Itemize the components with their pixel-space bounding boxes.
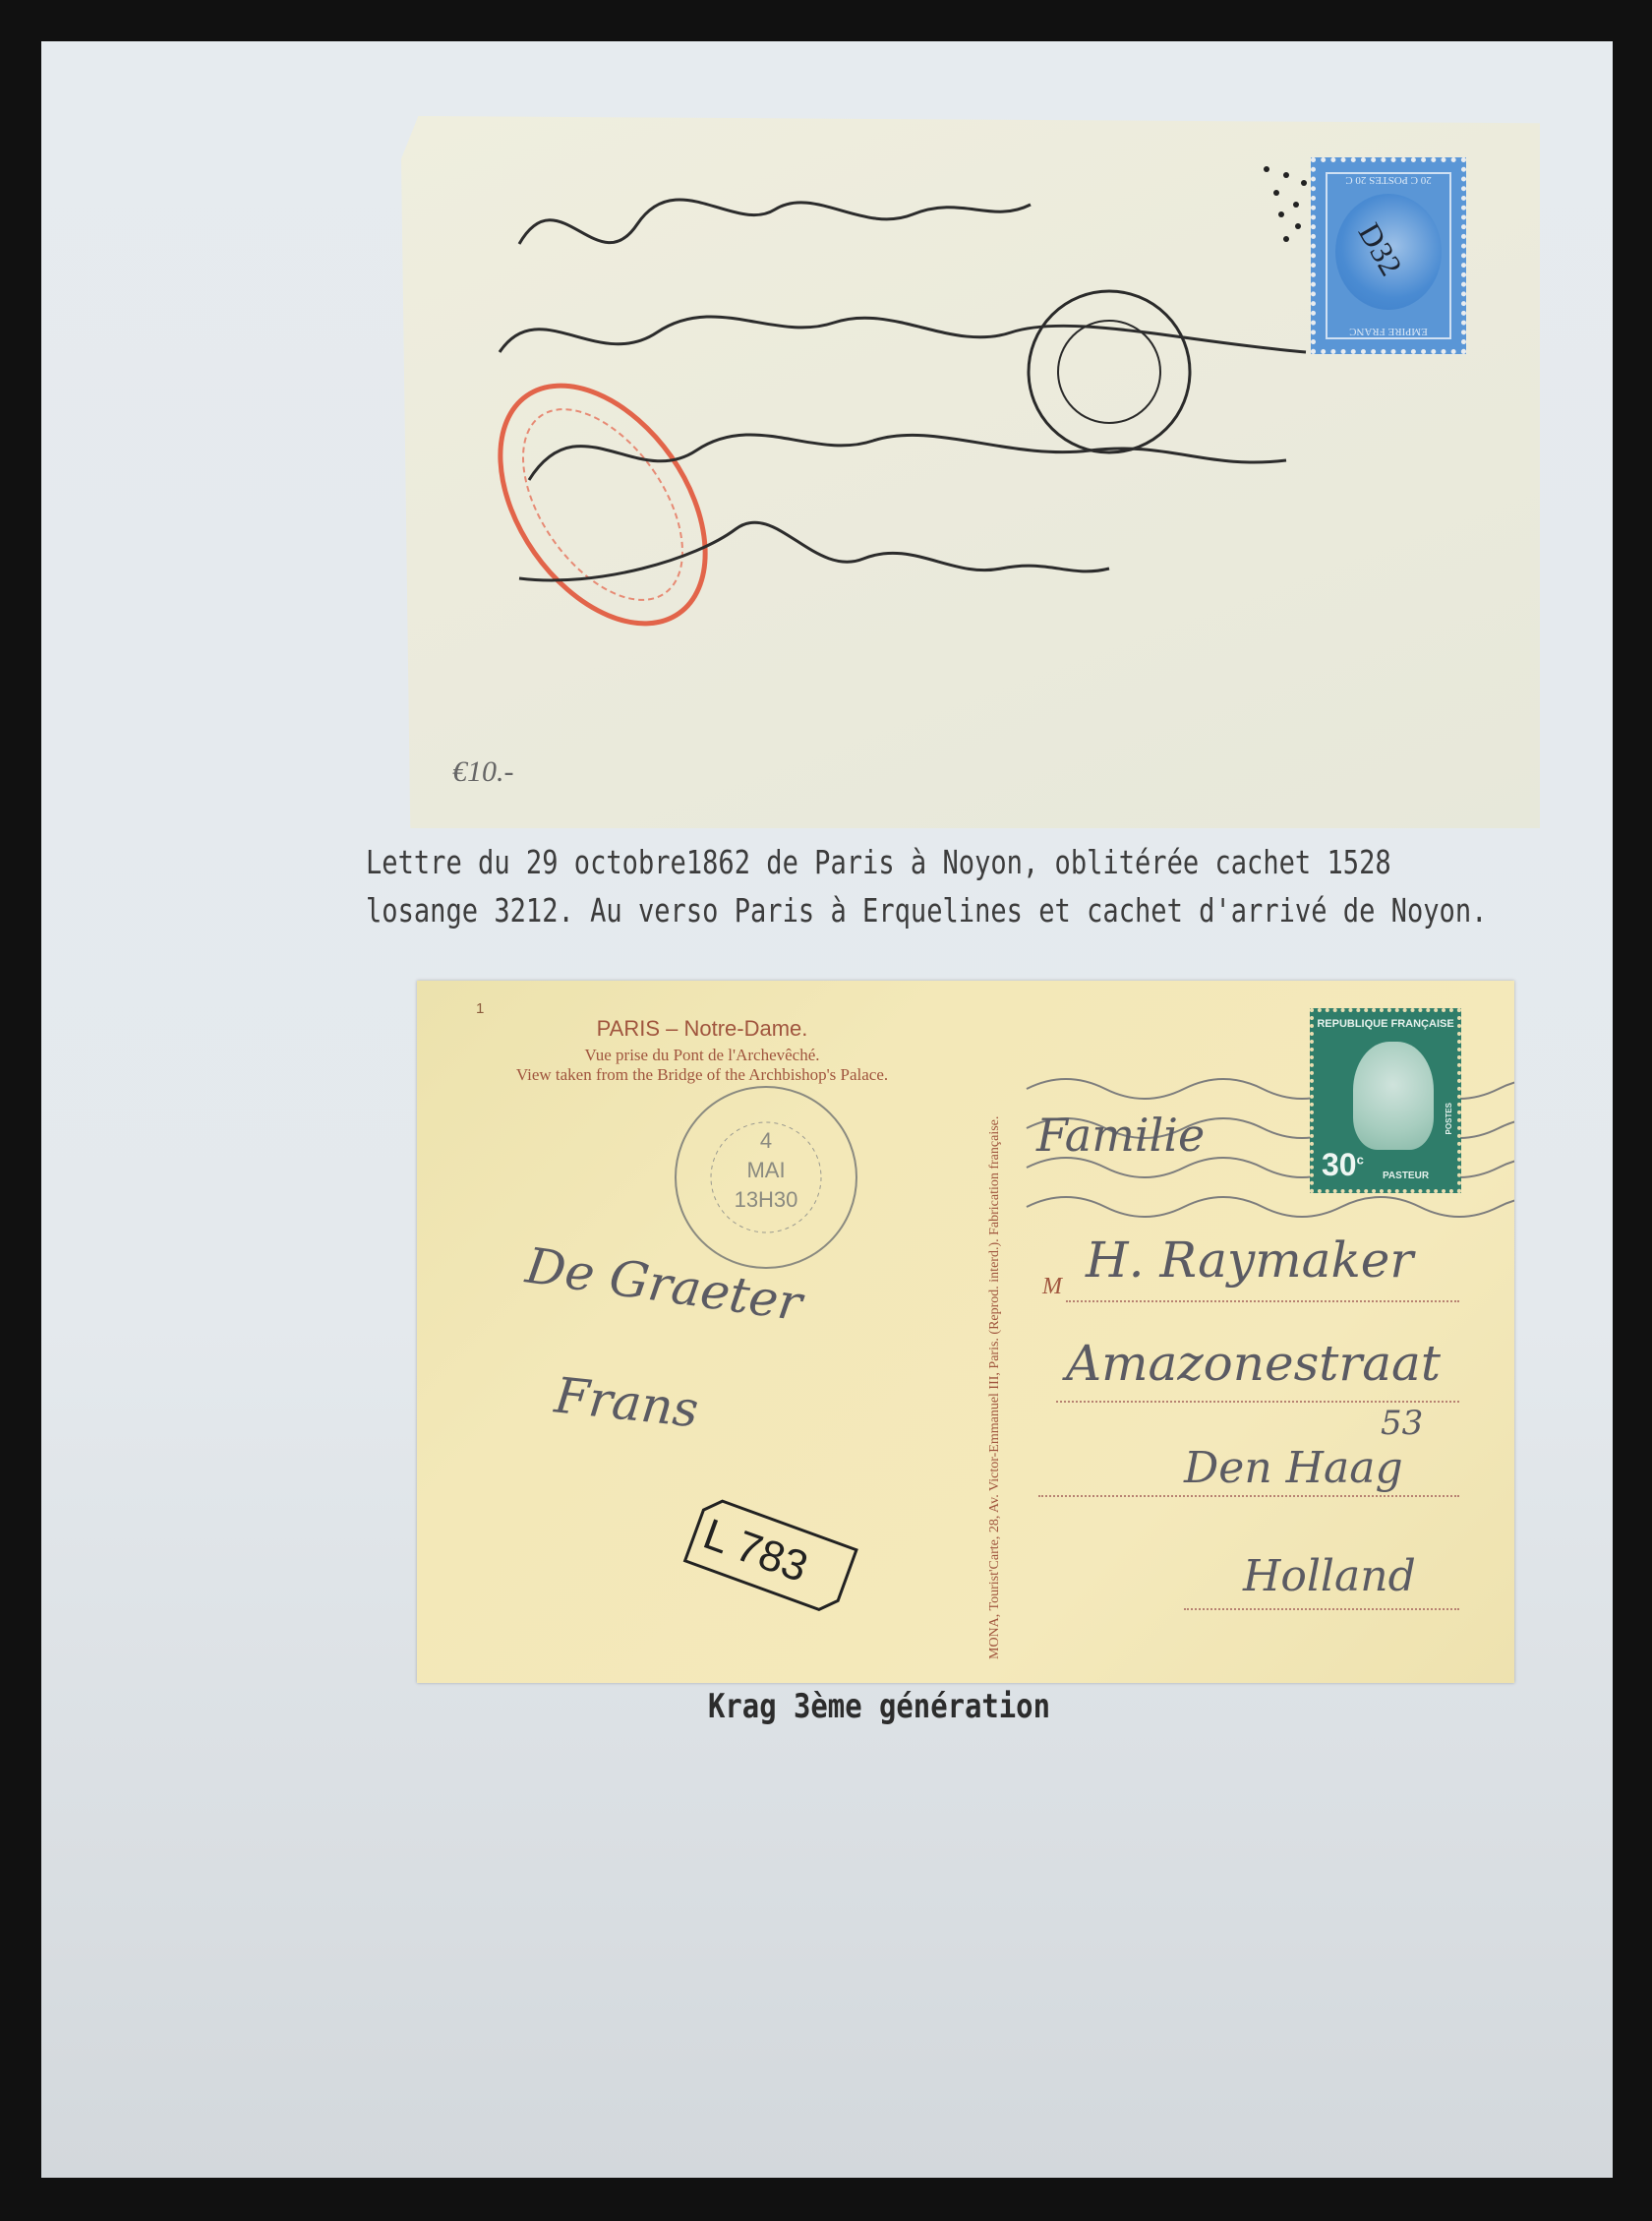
pasteur-portrait-icon (1353, 1042, 1434, 1150)
stamp-inscription-top: 20 C POSTES 20 C (1316, 174, 1461, 186)
address-prefix: M (1042, 1274, 1062, 1300)
address-line-4 (1184, 1608, 1459, 1610)
price-note: €10.- (452, 755, 514, 789)
handwritten-familie: Familie (1036, 1109, 1205, 1162)
svg-text:MAI: MAI (746, 1158, 785, 1182)
empire-20c-stamp: 20 C POSTES 20 C EMPIRE FRANC D32 (1311, 157, 1466, 354)
pasteur-30c-stamp: REPUBLIQUE FRANÇAISE 30c PASTEUR POSTES (1310, 1008, 1461, 1193)
svg-text:13H30: 13H30 (735, 1187, 798, 1212)
handwritten-country: Holland (1243, 1551, 1416, 1601)
address-line-2 (1056, 1401, 1459, 1403)
cover-caption-line-2: losange 3212. Au verso Paris à Erqueline… (366, 891, 1487, 930)
cover-letter[interactable]: 20 C POSTES 20 C EMPIRE FRANC D32 €10.- (401, 116, 1540, 828)
address-line-3 (1038, 1495, 1459, 1497)
svg-text:4: 4 (760, 1128, 772, 1153)
handwritten-name: H. Raymaker (1086, 1231, 1413, 1289)
stamp-inscription-bottom: EMPIRE FRANC (1316, 326, 1461, 337)
postcard[interactable]: 1 PARIS – Notre-Dame. Vue prise du Pont … (417, 981, 1514, 1683)
album-page: 20 C POSTES 20 C EMPIRE FRANC D32 €10.- … (41, 41, 1613, 2178)
postcard-caption: Krag 3ème génération (708, 1687, 1050, 1726)
address-line-1 (1066, 1300, 1459, 1302)
stamp-unit: c (1357, 1152, 1364, 1167)
cover-caption-line-1: Lettre du 29 octobre1862 de Paris à Noyo… (366, 843, 1391, 881)
stamp-country: REPUBLIQUE FRANÇAISE (1314, 1018, 1457, 1030)
stamp-postes: POSTES (1445, 1103, 1453, 1134)
stamp-subject: PASTEUR (1383, 1171, 1429, 1181)
handwritten-city: Den Haag (1184, 1443, 1403, 1493)
handwritten-number: 53 (1381, 1404, 1423, 1443)
handwritten-street: Amazonestraat (1066, 1335, 1441, 1392)
stamp-denomination: 30c (1322, 1147, 1364, 1183)
stamp-value: 30 (1322, 1147, 1357, 1182)
